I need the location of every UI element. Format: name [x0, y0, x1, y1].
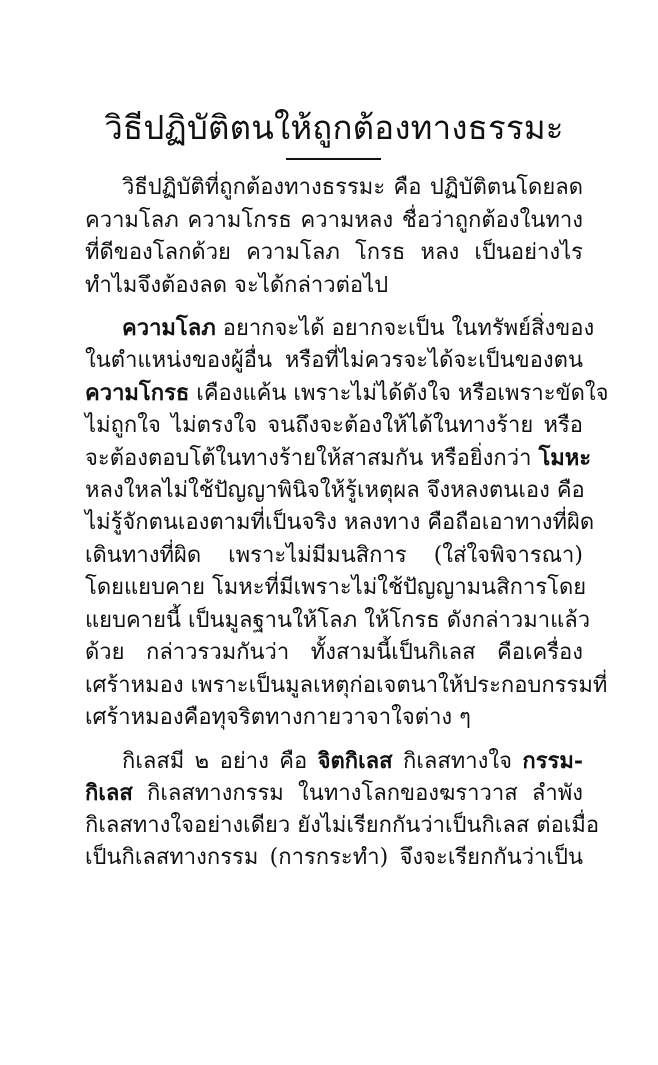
- text-span: เป็นกิเลสทางกรรม (การกระทำ) จึงจะเรียกกั…: [85, 845, 583, 870]
- text-span: โดยแยบคาย โมหะที่มีเพราะไม่ใช้ปัญญามนสิก…: [85, 575, 586, 600]
- text-line: เดินทางที่ผิด เพราะไม่มีมนสิการ (ใส่ใจพิ…: [85, 540, 583, 573]
- title-underline-divider: [286, 158, 381, 160]
- text-span: ไม่ถูกใจ ไม่ตรงใจ จนถึงจะต้องให้ได้ในทาง…: [85, 413, 583, 438]
- paragraph-two-kinds-of-defilement: กิเลสมี ๒ อย่าง คือ จิตกิเลส กิเลสทางใจ …: [85, 745, 583, 875]
- paragraph-three-defilements: ความโลภ อยากจะได้ อยากจะเป็น ในทรัพย์สิ่…: [85, 312, 583, 735]
- text-line: ความโกรธ เคืองแค้น เพราะไม่ได้ดังใจ หรือ…: [85, 377, 583, 410]
- text-line: เศร้าหมอง เพราะเป็นมูลเหตุก่อเจตนาให้ประ…: [85, 670, 583, 703]
- text-line: หลงใหลไม่ใช้ปัญญาพินิจให้รู้เหตุผล จึงหล…: [85, 475, 583, 508]
- bold-term: กรรม-: [522, 748, 583, 774]
- text-line: ไม่ถูกใจ ไม่ตรงใจ จนถึงจะต้องให้ได้ในทาง…: [85, 410, 583, 443]
- text-span: กิเลสทางใจอย่างเดียว ยังไม่เรียกกันว่าเป…: [85, 813, 599, 838]
- text-line: ที่ดีของโลกด้วย ความโลภ โกรธ หลง เป็นอย่…: [85, 237, 583, 270]
- text-line: แยบคายนี้ เป็นมูลฐานให้โลภ ให้โกรธ ดังกล…: [85, 605, 583, 638]
- text-span: จะต้องตอบโต้ในทางร้ายให้สาสมกัน หรือยิ่ง…: [85, 446, 538, 471]
- paragraph-intro: วิธีปฏิบัติที่ถูกต้องทางธรรมะ คือ ปฏิบัต…: [85, 172, 583, 302]
- text-span: อยากจะได้ อยากจะเป็น ในทรัพย์สิ่งของ: [216, 316, 594, 341]
- text-span: เคืองแค้น เพราะไม่ได้ดังใจ หรือเพราะขัดใ…: [189, 381, 608, 406]
- bold-term: ความโลภ: [122, 315, 216, 341]
- text-span: เศร้าหมอง เพราะเป็นมูลเหตุก่อเจตนาให้ประ…: [85, 673, 607, 698]
- bold-term: ความโกรธ: [85, 380, 189, 406]
- text-line: กิเลส กิเลสทางกรรม ในทางโลกของฆราวาส ลำพ…: [85, 777, 583, 810]
- text-span: กิเลสทางกรรม ในทางโลกของฆราวาส ลำพัง: [133, 781, 583, 806]
- bold-term: โมหะ: [538, 445, 591, 471]
- text-line: ความโลภ ความโกรธ ความหลง ชื่อว่าถูกต้องใ…: [85, 205, 583, 238]
- bold-term: กิเลส: [85, 780, 133, 806]
- text-span: เดินทางที่ผิด เพราะไม่มีมนสิการ (ใส่ใจพิ…: [85, 543, 583, 568]
- text-line: โดยแยบคาย โมหะที่มีเพราะไม่ใช้ปัญญามนสิก…: [85, 572, 583, 605]
- text-line: ความโลภ อยากจะได้ อยากจะเป็น ในทรัพย์สิ่…: [85, 312, 583, 345]
- text-line: เป็นกิเลสทางกรรม (การกระทำ) จึงจะเรียกกั…: [85, 842, 583, 875]
- text-span: ในตำแหน่งของผู้อื่น หรือที่ไม่ควรจะได้จะ…: [85, 348, 583, 373]
- text-line: ด้วย กล่าวรวมกันว่า ทั้งสามนี้เป็นกิเลส …: [85, 637, 583, 670]
- bold-term: จิตกิเลส: [318, 748, 393, 774]
- page-body: วิธีปฏิบัติที่ถูกต้องทางธรรมะ คือ ปฏิบัต…: [85, 172, 583, 885]
- text-line: ไม่รู้จักตนเองตามที่เป็นจริง หลงทาง คือถ…: [85, 507, 583, 540]
- text-line: จะต้องตอบโต้ในทางร้ายให้สาสมกัน หรือยิ่ง…: [85, 442, 583, 475]
- text-span: แยบคายนี้ เป็นมูลฐานให้โลภ ให้โกรธ ดังกล…: [85, 608, 590, 633]
- text-line: กิเลสมี ๒ อย่าง คือ จิตกิเลส กิเลสทางใจ …: [85, 745, 583, 778]
- text-span: ทำไมจึงต้องลด จะได้กล่าวต่อไป: [85, 273, 388, 298]
- page-title: วิธีปฏิบัติตนให้ถูกต้องทางธรรมะ: [85, 106, 583, 150]
- text-span: ไม่รู้จักตนเองตามที่เป็นจริง หลงทาง คือถ…: [85, 510, 594, 535]
- text-line: วิธีปฏิบัติที่ถูกต้องทางธรรมะ คือ ปฏิบัต…: [85, 172, 583, 205]
- text-span: เศร้าหมองคือทุจริตทางกายวาจาใจต่าง ๆ: [85, 705, 471, 730]
- text-span: ที่ดีของโลกด้วย ความโลภ โกรธ หลง เป็นอย่…: [85, 240, 583, 265]
- text-span: ความโลภ ความโกรธ ความหลง ชื่อว่าถูกต้องใ…: [85, 208, 583, 233]
- text-span: กิเลสมี ๒ อย่าง คือ: [122, 749, 318, 774]
- text-line: เศร้าหมองคือทุจริตทางกายวาจาใจต่าง ๆ: [85, 702, 583, 735]
- text-line: กิเลสทางใจอย่างเดียว ยังไม่เรียกกันว่าเป…: [85, 810, 583, 843]
- text-line: ทำไมจึงต้องลด จะได้กล่าวต่อไป: [85, 270, 583, 303]
- text-span: ด้วย กล่าวรวมกันว่า ทั้งสามนี้เป็นกิเลส …: [85, 640, 583, 665]
- text-span: วิธีปฏิบัติที่ถูกต้องทางธรรมะ คือ ปฏิบัต…: [122, 175, 583, 200]
- text-line: ในตำแหน่งของผู้อื่น หรือที่ไม่ควรจะได้จะ…: [85, 345, 583, 378]
- text-span: หลงใหลไม่ใช้ปัญญาพินิจให้รู้เหตุผล จึงหล…: [85, 478, 585, 503]
- text-span: กิเลสทางใจ: [393, 749, 523, 774]
